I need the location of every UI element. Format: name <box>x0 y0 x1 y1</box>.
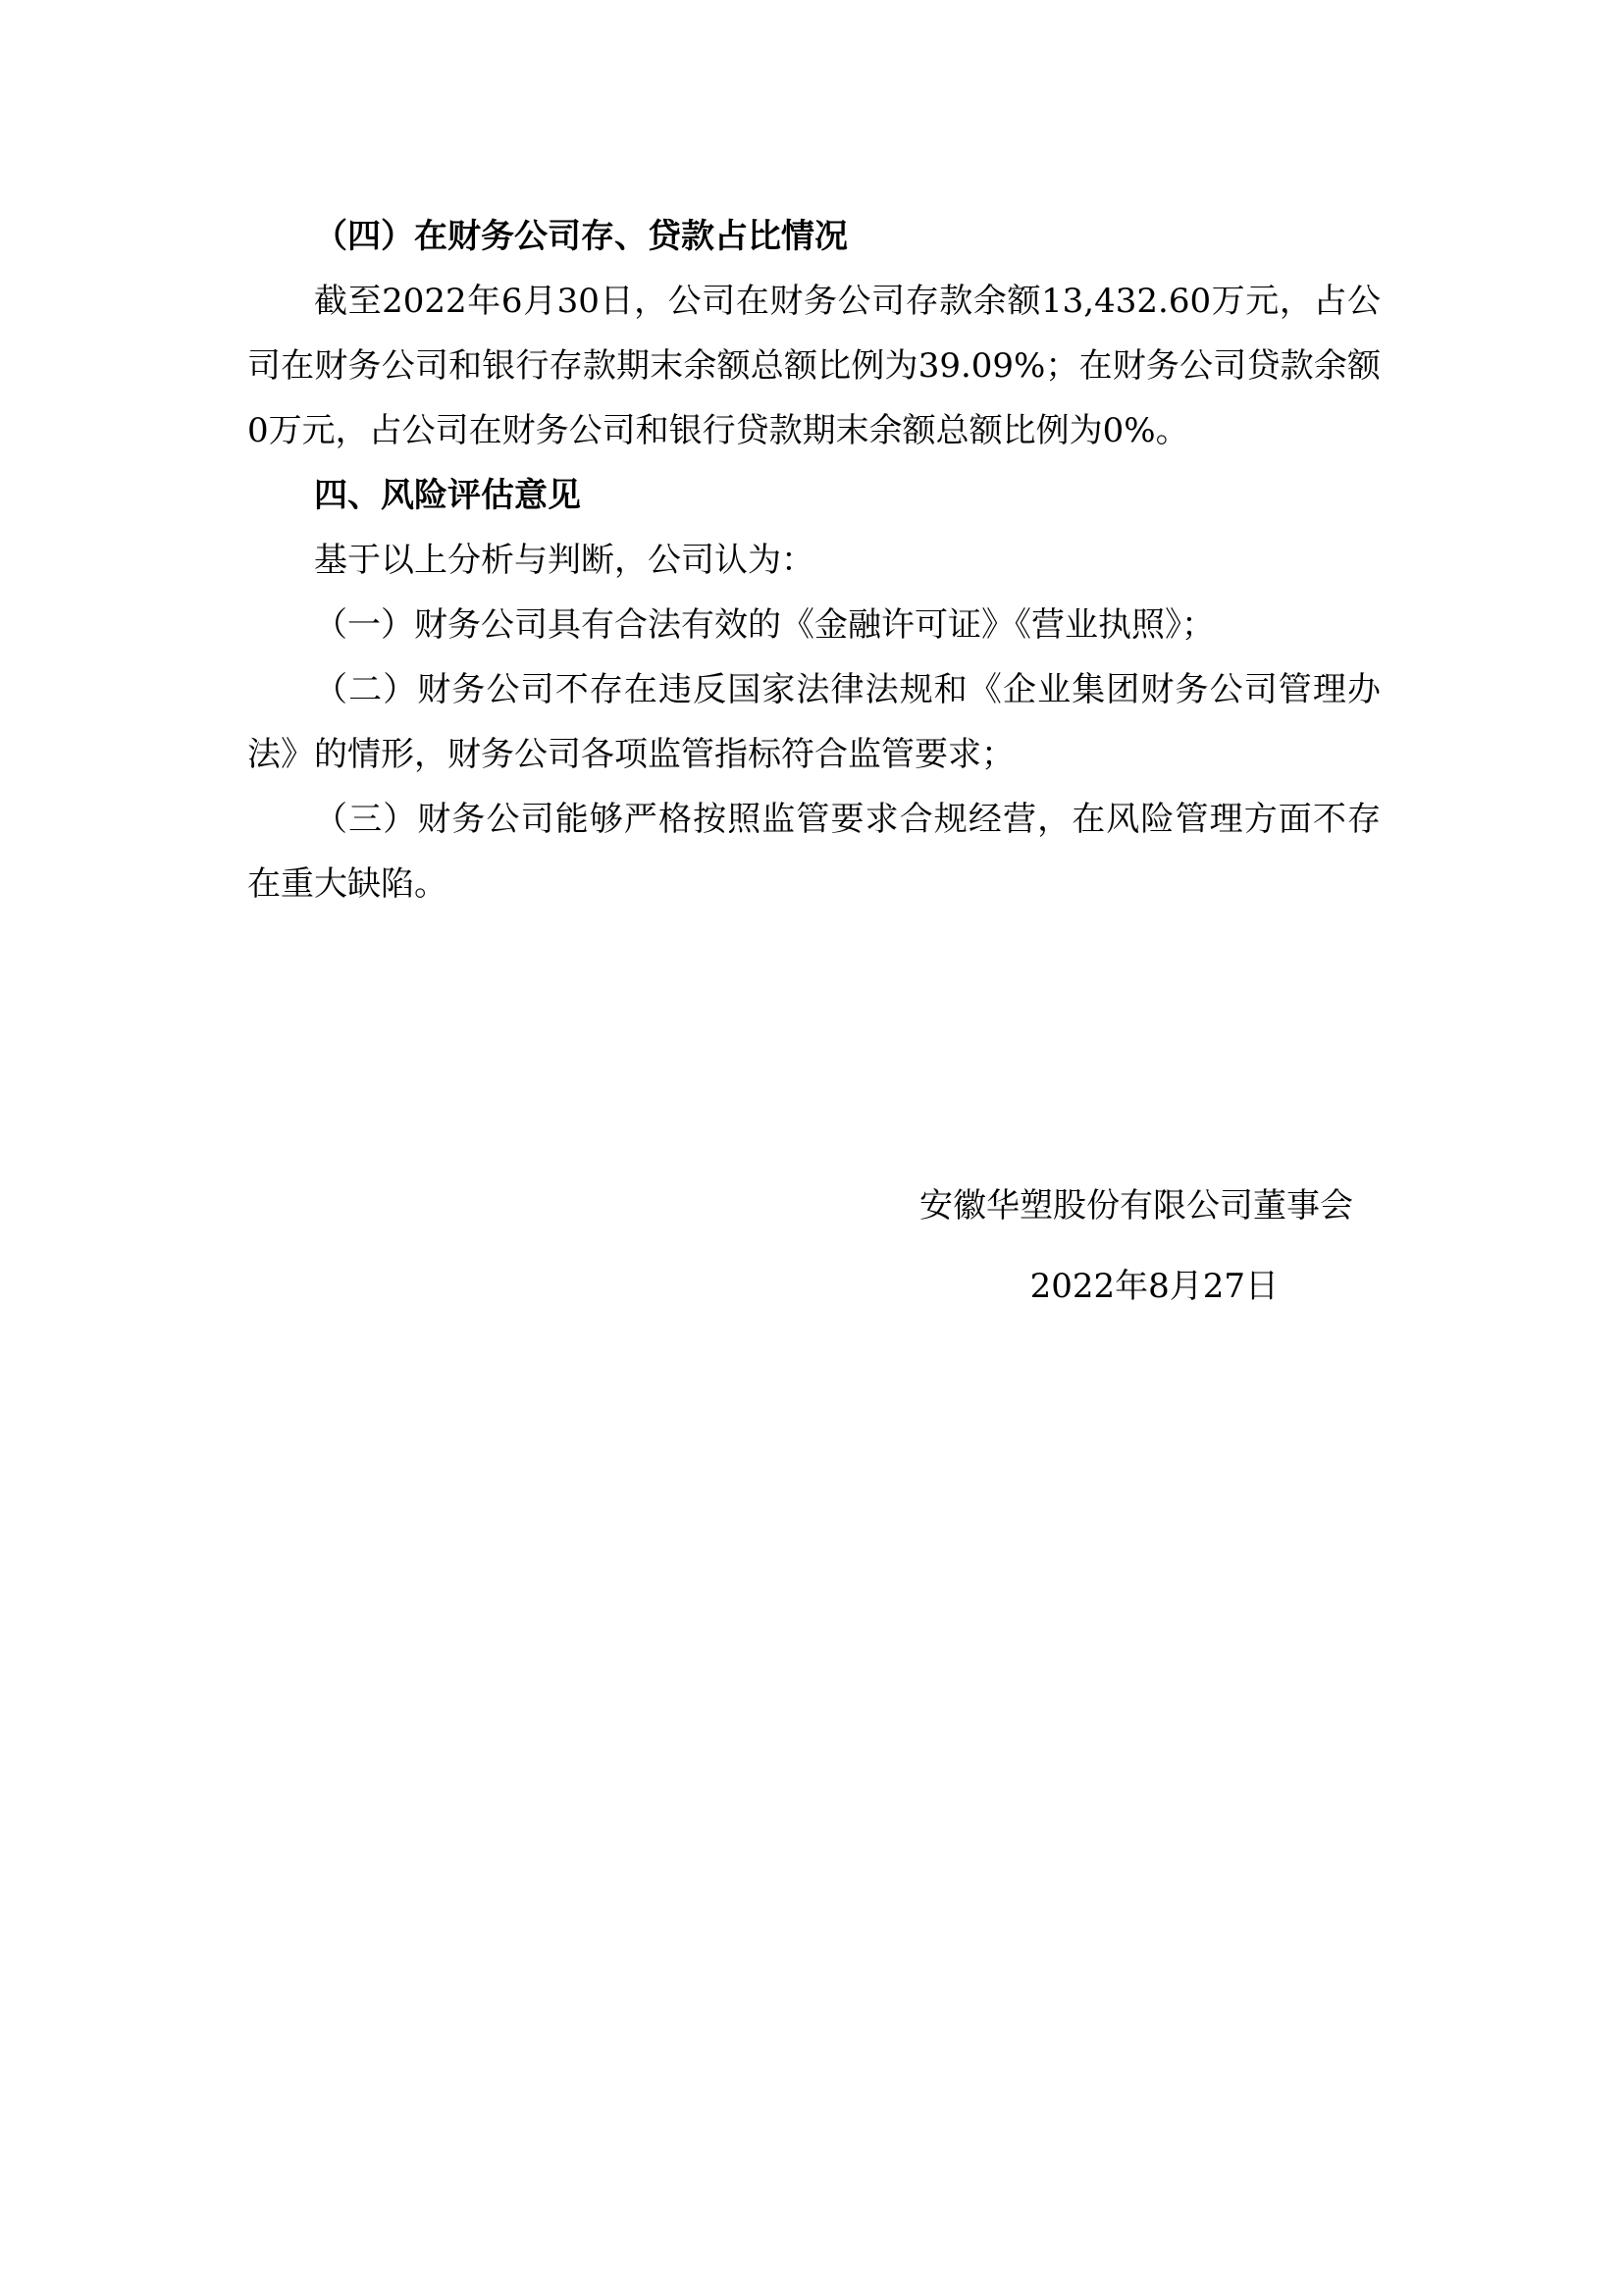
signature-date: 2022年8月27日 <box>247 1254 1381 1319</box>
paragraph-opinion-2: （二）财务公司不存在违反国家法律法规和《企业集团财务公司管理办法》的情形，财务公… <box>247 657 1381 787</box>
paragraph-risk-intro: 基于以上分析与判断，公司认为： <box>247 528 1381 593</box>
section-heading-deposit-loan-ratio: （四）在财务公司存、贷款占比情况 <box>247 204 1381 269</box>
signature-company: 安徽华塑股份有限公司董事会 <box>247 1174 1381 1238</box>
paragraph-deposit-loan-detail: 截至2022年6月30日，公司在财务公司存款余额13,432.60万元，占公司在… <box>247 269 1381 463</box>
document-page: （四）在财务公司存、贷款占比情况 截至2022年6月30日，公司在财务公司存款余… <box>0 0 1624 2295</box>
signature-block: 安徽华塑股份有限公司董事会 2022年8月27日 <box>247 1174 1381 1319</box>
paragraph-opinion-3: （三）财务公司能够严格按照监管要求合规经营，在风险管理方面不存在重大缺陷。 <box>247 787 1381 916</box>
paragraph-opinion-1: （一）财务公司具有合法有效的《金融许可证》《营业执照》； <box>247 593 1381 657</box>
document-content: （四）在财务公司存、贷款占比情况 截至2022年6月30日，公司在财务公司存款余… <box>0 0 1624 1319</box>
section-heading-risk-assessment: 四、风险评估意见 <box>247 463 1381 528</box>
